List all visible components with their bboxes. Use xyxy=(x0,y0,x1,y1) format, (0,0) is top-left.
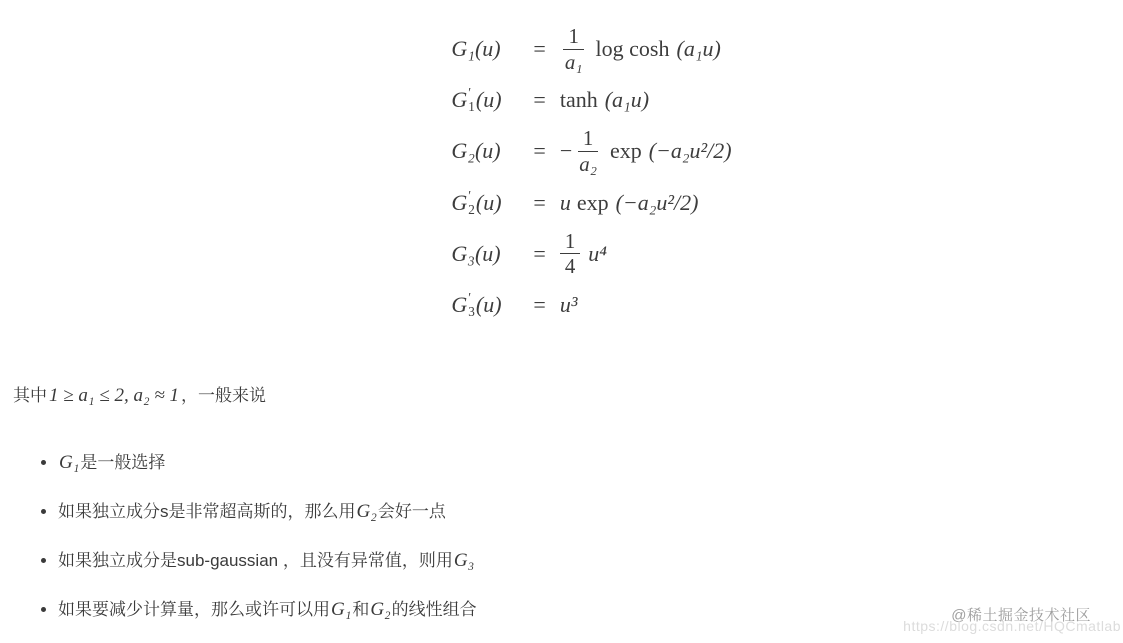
fraction: 1 a₁ xyxy=(560,24,588,74)
minus-sign: − xyxy=(560,138,572,164)
text-segment: 和 xyxy=(352,600,369,619)
prime-mark: ′ xyxy=(468,291,471,305)
variable-u: u xyxy=(560,190,571,216)
equation-rhs: u exp (−a₂u²/2) xyxy=(560,190,699,216)
math-inline: G₂ xyxy=(356,501,378,522)
equals-sign: = xyxy=(533,138,545,164)
list-item: G₁是一般选择 xyxy=(58,451,1123,475)
math-inline: G₂ xyxy=(369,599,391,620)
intro-suffix: ，一般来说 xyxy=(181,386,266,405)
math-expression: (a₁u) xyxy=(677,36,721,62)
fraction-numerator: 1 xyxy=(560,229,580,255)
fraction-numerator: 1 xyxy=(563,24,583,50)
text-segment: 如果独立成分s是非常超高斯的，那么用 xyxy=(58,502,356,521)
function-name: log cosh xyxy=(596,36,670,62)
article-content: G₁(u) = 1 a₁ log cosh (a₁u) G′1(u) = tan… xyxy=(0,24,1123,622)
math-expression: u³ xyxy=(560,292,578,318)
watermark-url: https://blog.csdn.net/HQCmatlab xyxy=(903,618,1121,634)
function-symbol: G xyxy=(451,87,467,113)
math-inline: G₃ xyxy=(453,550,475,571)
equals-sign: = xyxy=(533,87,545,113)
list-item: 如果独立成分s是非常超高斯的，那么用G₂会好一点 xyxy=(58,500,1123,524)
subscript-index: 1 xyxy=(468,100,475,114)
equation-rhs: 1 a₁ log cosh (a₁u) xyxy=(560,24,721,74)
fraction-denominator: 4 xyxy=(560,254,580,279)
fraction: 1 a₂ xyxy=(574,126,602,176)
math-inline: G₁ xyxy=(58,452,80,473)
equation-row-g2-prime: G′2(u) = u exp (−a₂u²/2) xyxy=(451,185,731,221)
prime-mark: ′ xyxy=(468,189,471,203)
equation-row-g1-prime: G′1(u) = tanh (a₁u) xyxy=(451,82,731,118)
function-argument: (u) xyxy=(476,87,502,113)
equation-row-g3-prime: G′3(u) = u³ xyxy=(451,287,731,323)
equation-lhs: G′2(u) xyxy=(451,189,527,217)
intro-text: 其中1 ≥ a₁ ≤ 2, a₂ ≈ 1，一般来说 xyxy=(13,383,1123,409)
fraction: 1 4 xyxy=(560,229,580,279)
equation-rhs: − 1 a₂ exp (−a₂u²/2) xyxy=(560,126,732,176)
subscript-index: 3 xyxy=(468,305,475,319)
fraction-denominator: a₁ xyxy=(560,50,588,75)
math-expression: (−a₂u²/2) xyxy=(616,190,699,216)
fraction-numerator: 1 xyxy=(578,126,598,152)
equation-rhs: u³ xyxy=(560,292,578,318)
equals-sign: = xyxy=(533,292,545,318)
function-argument: (u) xyxy=(476,190,502,216)
bullet-list: G₁是一般选择 如果独立成分s是非常超高斯的，那么用G₂会好一点 如果独立成分是… xyxy=(0,451,1123,622)
equation-lhs: G₃(u) xyxy=(451,241,527,267)
text-segment: 如果要减少计算量，那么或许可以用 xyxy=(58,600,330,619)
equation-row-g2: G₂(u) = − 1 a₂ exp (−a₂u²/2) xyxy=(451,126,731,176)
list-item: 如果独立成分是sub-gaussian ，且没有异常值，则用G₃ xyxy=(58,549,1123,573)
equation-row-g1: G₁(u) = 1 a₁ log cosh (a₁u) xyxy=(451,24,731,74)
fraction-denominator: a₂ xyxy=(574,152,602,177)
intro-math: 1 ≥ a₁ ≤ 2, a₂ ≈ 1 xyxy=(47,385,181,406)
function-symbol: G xyxy=(451,292,467,318)
function-symbol: G xyxy=(451,190,467,216)
intro-prefix: 其中 xyxy=(13,386,47,405)
subscript-index: 2 xyxy=(468,203,475,217)
prime-mark: ′ xyxy=(468,86,471,100)
text-segment: 是一般选择 xyxy=(80,453,165,472)
equals-sign: = xyxy=(533,190,545,216)
math-expression: u⁴ xyxy=(588,241,607,267)
equation-block: G₁(u) = 1 a₁ log cosh (a₁u) G′1(u) = tan… xyxy=(451,24,731,323)
math-expression: (a₁u) xyxy=(605,87,649,113)
function-name: tanh xyxy=(560,87,598,113)
equation-lhs: G′3(u) xyxy=(451,291,527,319)
equation-lhs: G₂(u) xyxy=(451,138,527,164)
equals-sign: = xyxy=(533,36,545,62)
prime-subscript-stack: ′2 xyxy=(468,189,475,217)
text-segment: 的线性组合 xyxy=(392,600,477,619)
math-inline: G₁ xyxy=(330,599,352,620)
function-argument: (u) xyxy=(476,292,502,318)
text-segment: 会好一点 xyxy=(378,502,446,521)
text-segment: 如果独立成分是sub-gaussian ，且没有异常值，则用 xyxy=(58,551,453,570)
equation-rhs: tanh (a₁u) xyxy=(560,87,649,113)
equation-rhs: 1 4 u⁴ xyxy=(560,229,607,279)
function-name: exp xyxy=(610,138,642,164)
prime-subscript-stack: ′1 xyxy=(468,86,475,114)
equals-sign: = xyxy=(533,241,545,267)
prime-subscript-stack: ′3 xyxy=(468,291,475,319)
equation-row-g3: G₃(u) = 1 4 u⁴ xyxy=(451,229,731,279)
function-name: exp xyxy=(577,190,609,216)
equation-lhs: G₁(u) xyxy=(451,36,527,62)
math-expression: (−a₂u²/2) xyxy=(649,138,732,164)
equation-lhs: G′1(u) xyxy=(451,86,527,114)
